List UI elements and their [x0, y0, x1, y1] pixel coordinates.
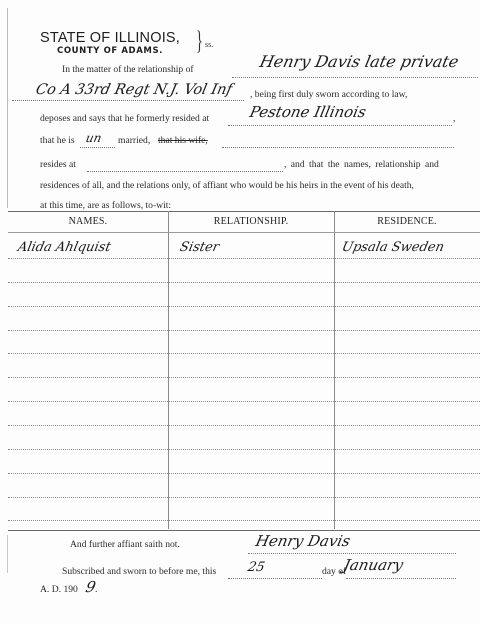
- military-unit-handwritten: Co A 33rd Regt N.J. Vol Inf: [34, 82, 233, 98]
- row-rule: [8, 473, 480, 474]
- margin-rule: [7, 8, 8, 208]
- fill-line: [222, 147, 454, 148]
- header-residence: RESIDENCE.: [334, 216, 480, 227]
- heirs-text: residences of all, and the relations onl…: [40, 181, 414, 191]
- sworn-text: , being first duly sworn according to la…: [250, 89, 407, 100]
- heir-relationship-handwritten: Sister: [178, 240, 220, 255]
- subscribed-text: Subscribed and sworn to before me, this: [62, 566, 216, 577]
- fill-line: [87, 171, 283, 172]
- header-relationship: RELATIONSHIP.: [168, 216, 334, 227]
- state-heading: STATE OF ILLINOIS,: [40, 30, 180, 46]
- affiant-signature: Henry Davis: [254, 532, 352, 550]
- to-wit-text: at this time, are as follows, to-wit:: [40, 200, 171, 211]
- ss-label: ss.: [205, 40, 213, 49]
- margin-rule: [7, 535, 8, 573]
- heir-residence-handwritten: Upsala Sweden: [340, 240, 445, 255]
- row-rule: [8, 401, 480, 402]
- deceased-name-handwritten: Henry Davis late private: [258, 52, 460, 71]
- fill-line: [12, 100, 244, 101]
- former-residence-handwritten: Pestone Illinois: [248, 103, 368, 121]
- month-handwritten: January: [342, 556, 405, 574]
- comma: ,: [453, 113, 455, 124]
- month-line: [346, 578, 456, 579]
- period: .: [95, 584, 97, 595]
- row-rule: [8, 497, 480, 498]
- signature-line: [248, 553, 456, 554]
- fill-line: [80, 147, 115, 148]
- county-heading: COUNTY OF ADAMS.: [57, 46, 163, 56]
- row-rule: [8, 258, 480, 259]
- fill-line: [232, 77, 478, 78]
- married-text: married,: [118, 135, 150, 146]
- header-names: NAMES.: [8, 216, 168, 227]
- resides-label: resides at: [40, 159, 76, 170]
- resided-label: deposes and says that he formerly reside…: [40, 113, 209, 124]
- relationship-label: In the matter of the relationship of: [62, 64, 194, 75]
- brace-glyph: }: [196, 28, 203, 54]
- struck-text: that his wife,: [158, 135, 208, 146]
- day-handwritten: 25: [246, 560, 266, 575]
- row-rule: [8, 282, 480, 283]
- row-rule: [8, 520, 480, 521]
- row-rule: [8, 377, 480, 378]
- ad-label: A. D. 190: [40, 584, 78, 595]
- fill-line: [228, 125, 452, 126]
- row-rule: [8, 353, 480, 354]
- heir-name-handwritten: Alida Ahlquist: [16, 240, 112, 255]
- names-text: , and that the names, relationship and: [284, 159, 439, 170]
- row-rule: [8, 306, 480, 307]
- row-rule: [8, 330, 480, 331]
- affidavit-document: STATE OF ILLINOIS, COUNTY OF ADAMS. } ss…: [0, 0, 480, 624]
- row-rule: [8, 449, 480, 450]
- marital-status-handwritten: un: [85, 131, 103, 145]
- header-rule: [8, 232, 480, 233]
- heirs-table: [8, 211, 480, 531]
- day-line: [228, 578, 322, 579]
- marital-label: that he is: [40, 135, 75, 146]
- further-affiant-text: And further affiant saith not.: [70, 539, 180, 550]
- row-rule: [8, 425, 480, 426]
